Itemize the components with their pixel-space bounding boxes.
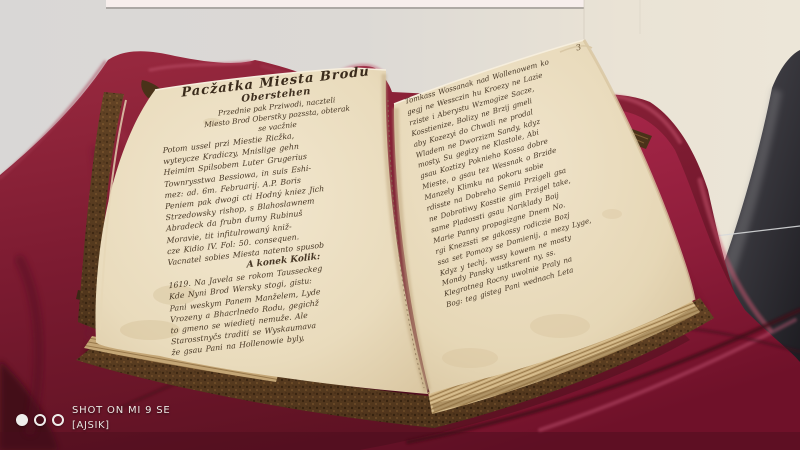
photo-canvas bbox=[0, 0, 800, 450]
museum-photo: Pacžatka Miesta Brodu Oberstehen Przedni… bbox=[0, 0, 800, 450]
left-page-text: Pacžatka Miesta Brodu Oberstehen Przedni… bbox=[160, 62, 402, 359]
